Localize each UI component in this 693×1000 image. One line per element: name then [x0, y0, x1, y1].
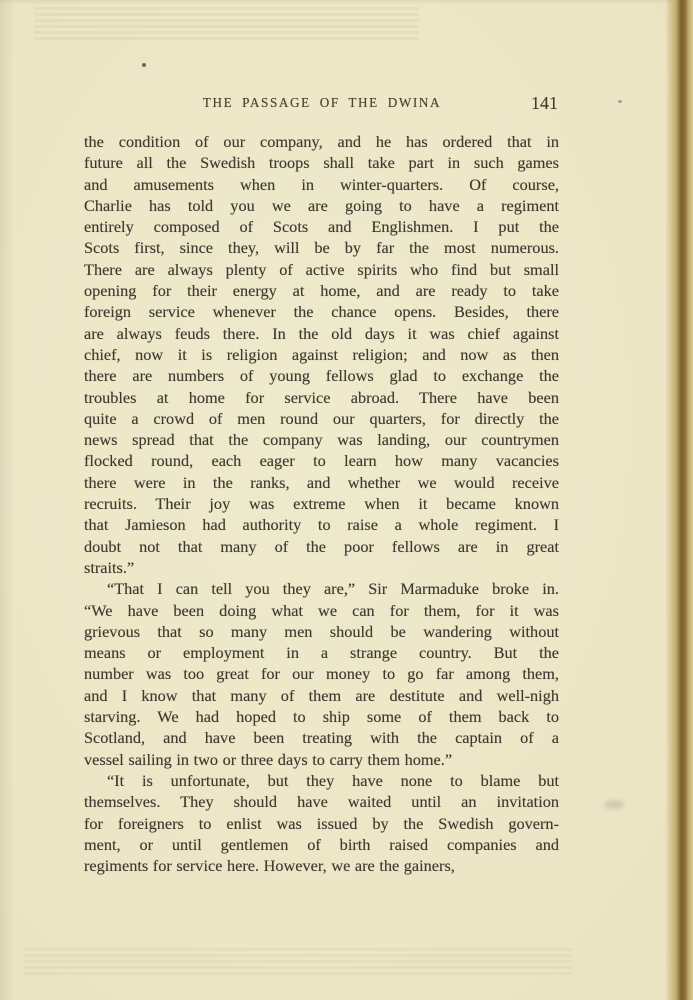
page-edge-shadow — [665, 0, 693, 1000]
text-line: starving. We had hoped to ship some of t… — [84, 706, 559, 727]
text-line: there are numbers of young fellows glad … — [84, 365, 559, 386]
text-line: the condition of our company, and he has… — [84, 131, 559, 152]
text-line: “That I can tell you they are,” Sir Marm… — [84, 578, 559, 599]
text-line: quite a crowd of men round our quarters,… — [84, 408, 559, 429]
text-line: and amusements when in winter-quarters. … — [84, 174, 559, 195]
text-line: recruits. Their joy was extreme when it … — [84, 493, 559, 514]
text-line: news spread that the company was landing… — [84, 429, 559, 450]
text-line: “We have been doing what we can for them… — [84, 600, 559, 621]
text-line: chief, now it is religion against religi… — [84, 344, 559, 365]
text-line: Charlie has told you we are going to hav… — [84, 195, 559, 216]
text-line: means or employment in a strange country… — [84, 642, 559, 663]
text-line: future all the Swedish troops shall take… — [84, 152, 559, 173]
foxing-speck — [142, 63, 146, 67]
text-line: for foreigners to enlist was issued by t… — [84, 813, 559, 834]
text-line: grievous that so many men should be wand… — [84, 621, 559, 642]
text-line: are always feuds there. In the old days … — [84, 323, 559, 344]
scan-artifact-bottom — [24, 948, 572, 978]
book-page-scan: THE PASSAGE OF THE DWINA 141 the conditi… — [0, 0, 693, 1000]
text-line: opening for their energy at home, and ar… — [84, 280, 559, 301]
text-line: straits.” — [84, 557, 559, 578]
text-line: number was too great for our money to go… — [84, 663, 559, 684]
text-line: regiments for service here. However, we … — [84, 855, 559, 876]
text-line: and I know that many of them are destitu… — [84, 685, 559, 706]
body-text: the condition of our company, and he has… — [84, 131, 559, 876]
text-line: foreign service whenever the chance open… — [84, 301, 559, 322]
running-head: THE PASSAGE OF THE DWINA 141 — [84, 93, 560, 115]
ink-smudge — [604, 800, 624, 809]
foxing-speck — [618, 100, 622, 103]
text-line: There are always plenty of active spirit… — [84, 259, 559, 280]
text-line: flocked round, each eager to learn how m… — [84, 450, 559, 471]
text-line: doubt not that many of the poor fellows … — [84, 536, 559, 557]
text-line: troubles at home for service abroad. The… — [84, 387, 559, 408]
text-line: Scotland, and have been treating with th… — [84, 727, 559, 748]
text-line: themselves. They should have waited unti… — [84, 791, 559, 812]
running-title: THE PASSAGE OF THE DWINA — [84, 95, 560, 111]
text-line: there were in the ranks, and whether we … — [84, 472, 559, 493]
text-line: ment, or until gentlemen of birth raised… — [84, 834, 559, 855]
text-line: entirely composed of Scots and Englishme… — [84, 216, 559, 237]
text-line: “It is unfortunate, but they have none t… — [84, 770, 559, 791]
text-line: that Jamieson had authority to raise a w… — [84, 514, 559, 535]
text-line: vessel sailing in two or three days to c… — [84, 749, 559, 770]
page-number: 141 — [531, 93, 558, 114]
text-line: Scots first, since they, will be by far … — [84, 237, 559, 258]
scan-artifact-top — [34, 7, 419, 40]
